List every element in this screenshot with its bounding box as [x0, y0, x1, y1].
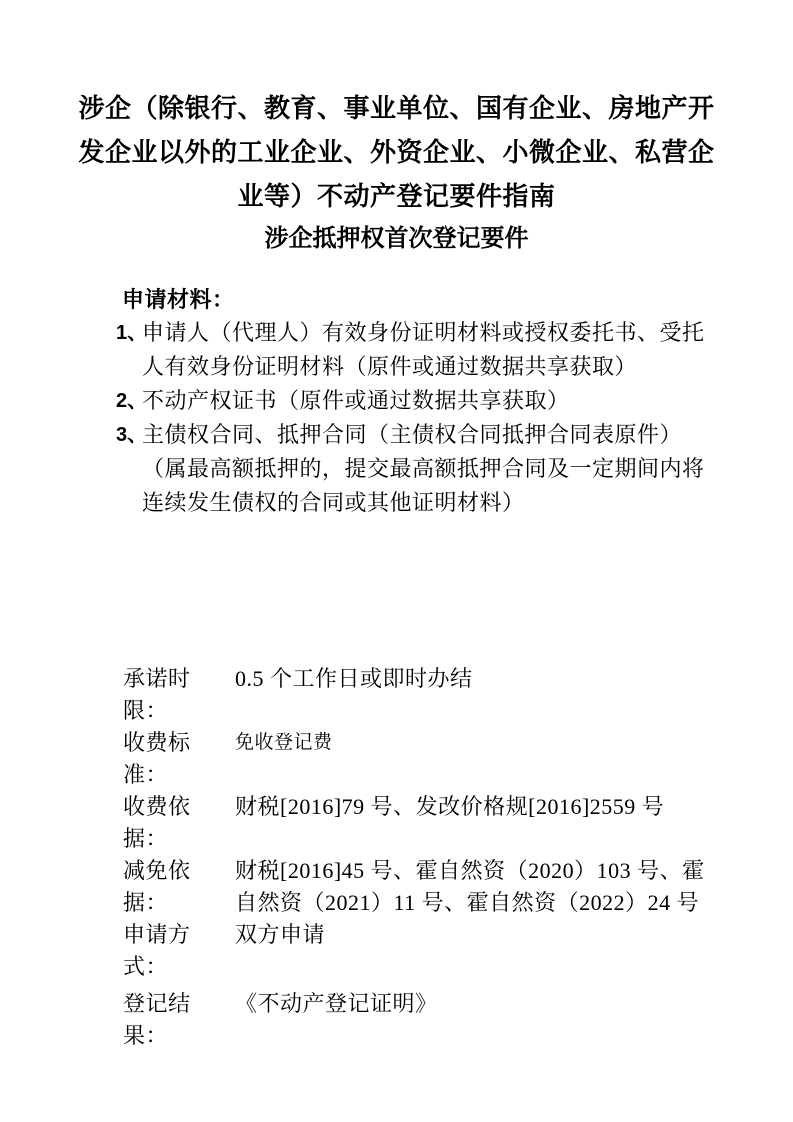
item-number: 3、 [116, 418, 142, 452]
doc-subtitle: 涉企抵押权首次登记要件 [70, 220, 723, 258]
materials-list: 1、 申请人（代理人）有效身份证明材料或授权委托书、受托 人有效身份证明材料（原… [116, 316, 738, 520]
doc-title: 涉企（除银行、教育、事业单位、国有企业、房地产开 发企业以外的工业企业、外资企业… [70, 86, 723, 218]
detail-row-registration-result: 登记结果： 《不动产登记证明》 [123, 988, 763, 1052]
item-text: 申请人（代理人）有效身份证明材料或授权委托书、受托 人有效身份证明材料（原件或通… [142, 316, 705, 384]
materials-heading: 申请材料： [122, 286, 793, 313]
detail-label: 收费标准： [123, 727, 235, 791]
detail-value: 财税[2016]79 号、发改价格规[2016]2559 号 [235, 791, 664, 823]
detail-label: 承诺时限： [123, 663, 235, 727]
detail-row-fee-basis: 收费依据： 财税[2016]79 号、发改价格规[2016]2559 号 [123, 791, 763, 855]
detail-value: 双方申请 [235, 919, 325, 951]
item-number: 2、 [116, 384, 142, 418]
detail-label: 申请方式： [123, 919, 235, 983]
detail-label: 收费依据： [123, 791, 235, 855]
detail-value: 免收登记费 [235, 727, 333, 759]
detail-row-reduction-basis: 减免依据： 财税[2016]45 号、霍自然资（2020）103 号、霍 自然资… [123, 855, 763, 919]
list-item: 2、 不动产权证书（原件或通过数据共享获取） [116, 384, 738, 418]
list-item: 1、 申请人（代理人）有效身份证明材料或授权委托书、受托 人有效身份证明材料（原… [116, 316, 738, 384]
item-text: 不动产权证书（原件或通过数据共享获取） [142, 384, 570, 418]
detail-row-application-method: 申请方式： 双方申请 [123, 919, 763, 983]
detail-value: 0.5 个工作日或即时办结 [235, 663, 473, 695]
detail-row-fee-standard: 收费标准： 免收登记费 [123, 727, 763, 791]
list-item: 3、 主债权合同、抵押合同（主债权合同抵押合同表原件） （属最高额抵押的，提交最… [116, 418, 738, 520]
detail-value: 《不动产登记证明》 [235, 988, 438, 1020]
detail-label: 登记结果： [123, 988, 235, 1052]
document-page: 涉企（除银行、教育、事业单位、国有企业、房地产开 发企业以外的工业企业、外资企业… [0, 0, 793, 1122]
details-block: 承诺时限： 0.5 个工作日或即时办结 收费标准： 免收登记费 收费依据： 财税… [123, 663, 763, 1052]
detail-row-promise-time: 承诺时限： 0.5 个工作日或即时办结 [123, 663, 763, 727]
detail-label: 减免依据： [123, 855, 235, 919]
detail-value: 财税[2016]45 号、霍自然资（2020）103 号、霍 自然资（2021）… [235, 855, 705, 919]
item-text: 主债权合同、抵押合同（主债权合同抵押合同表原件） （属最高额抵押的，提交最高额抵… [142, 418, 705, 520]
item-number: 1、 [116, 316, 142, 350]
